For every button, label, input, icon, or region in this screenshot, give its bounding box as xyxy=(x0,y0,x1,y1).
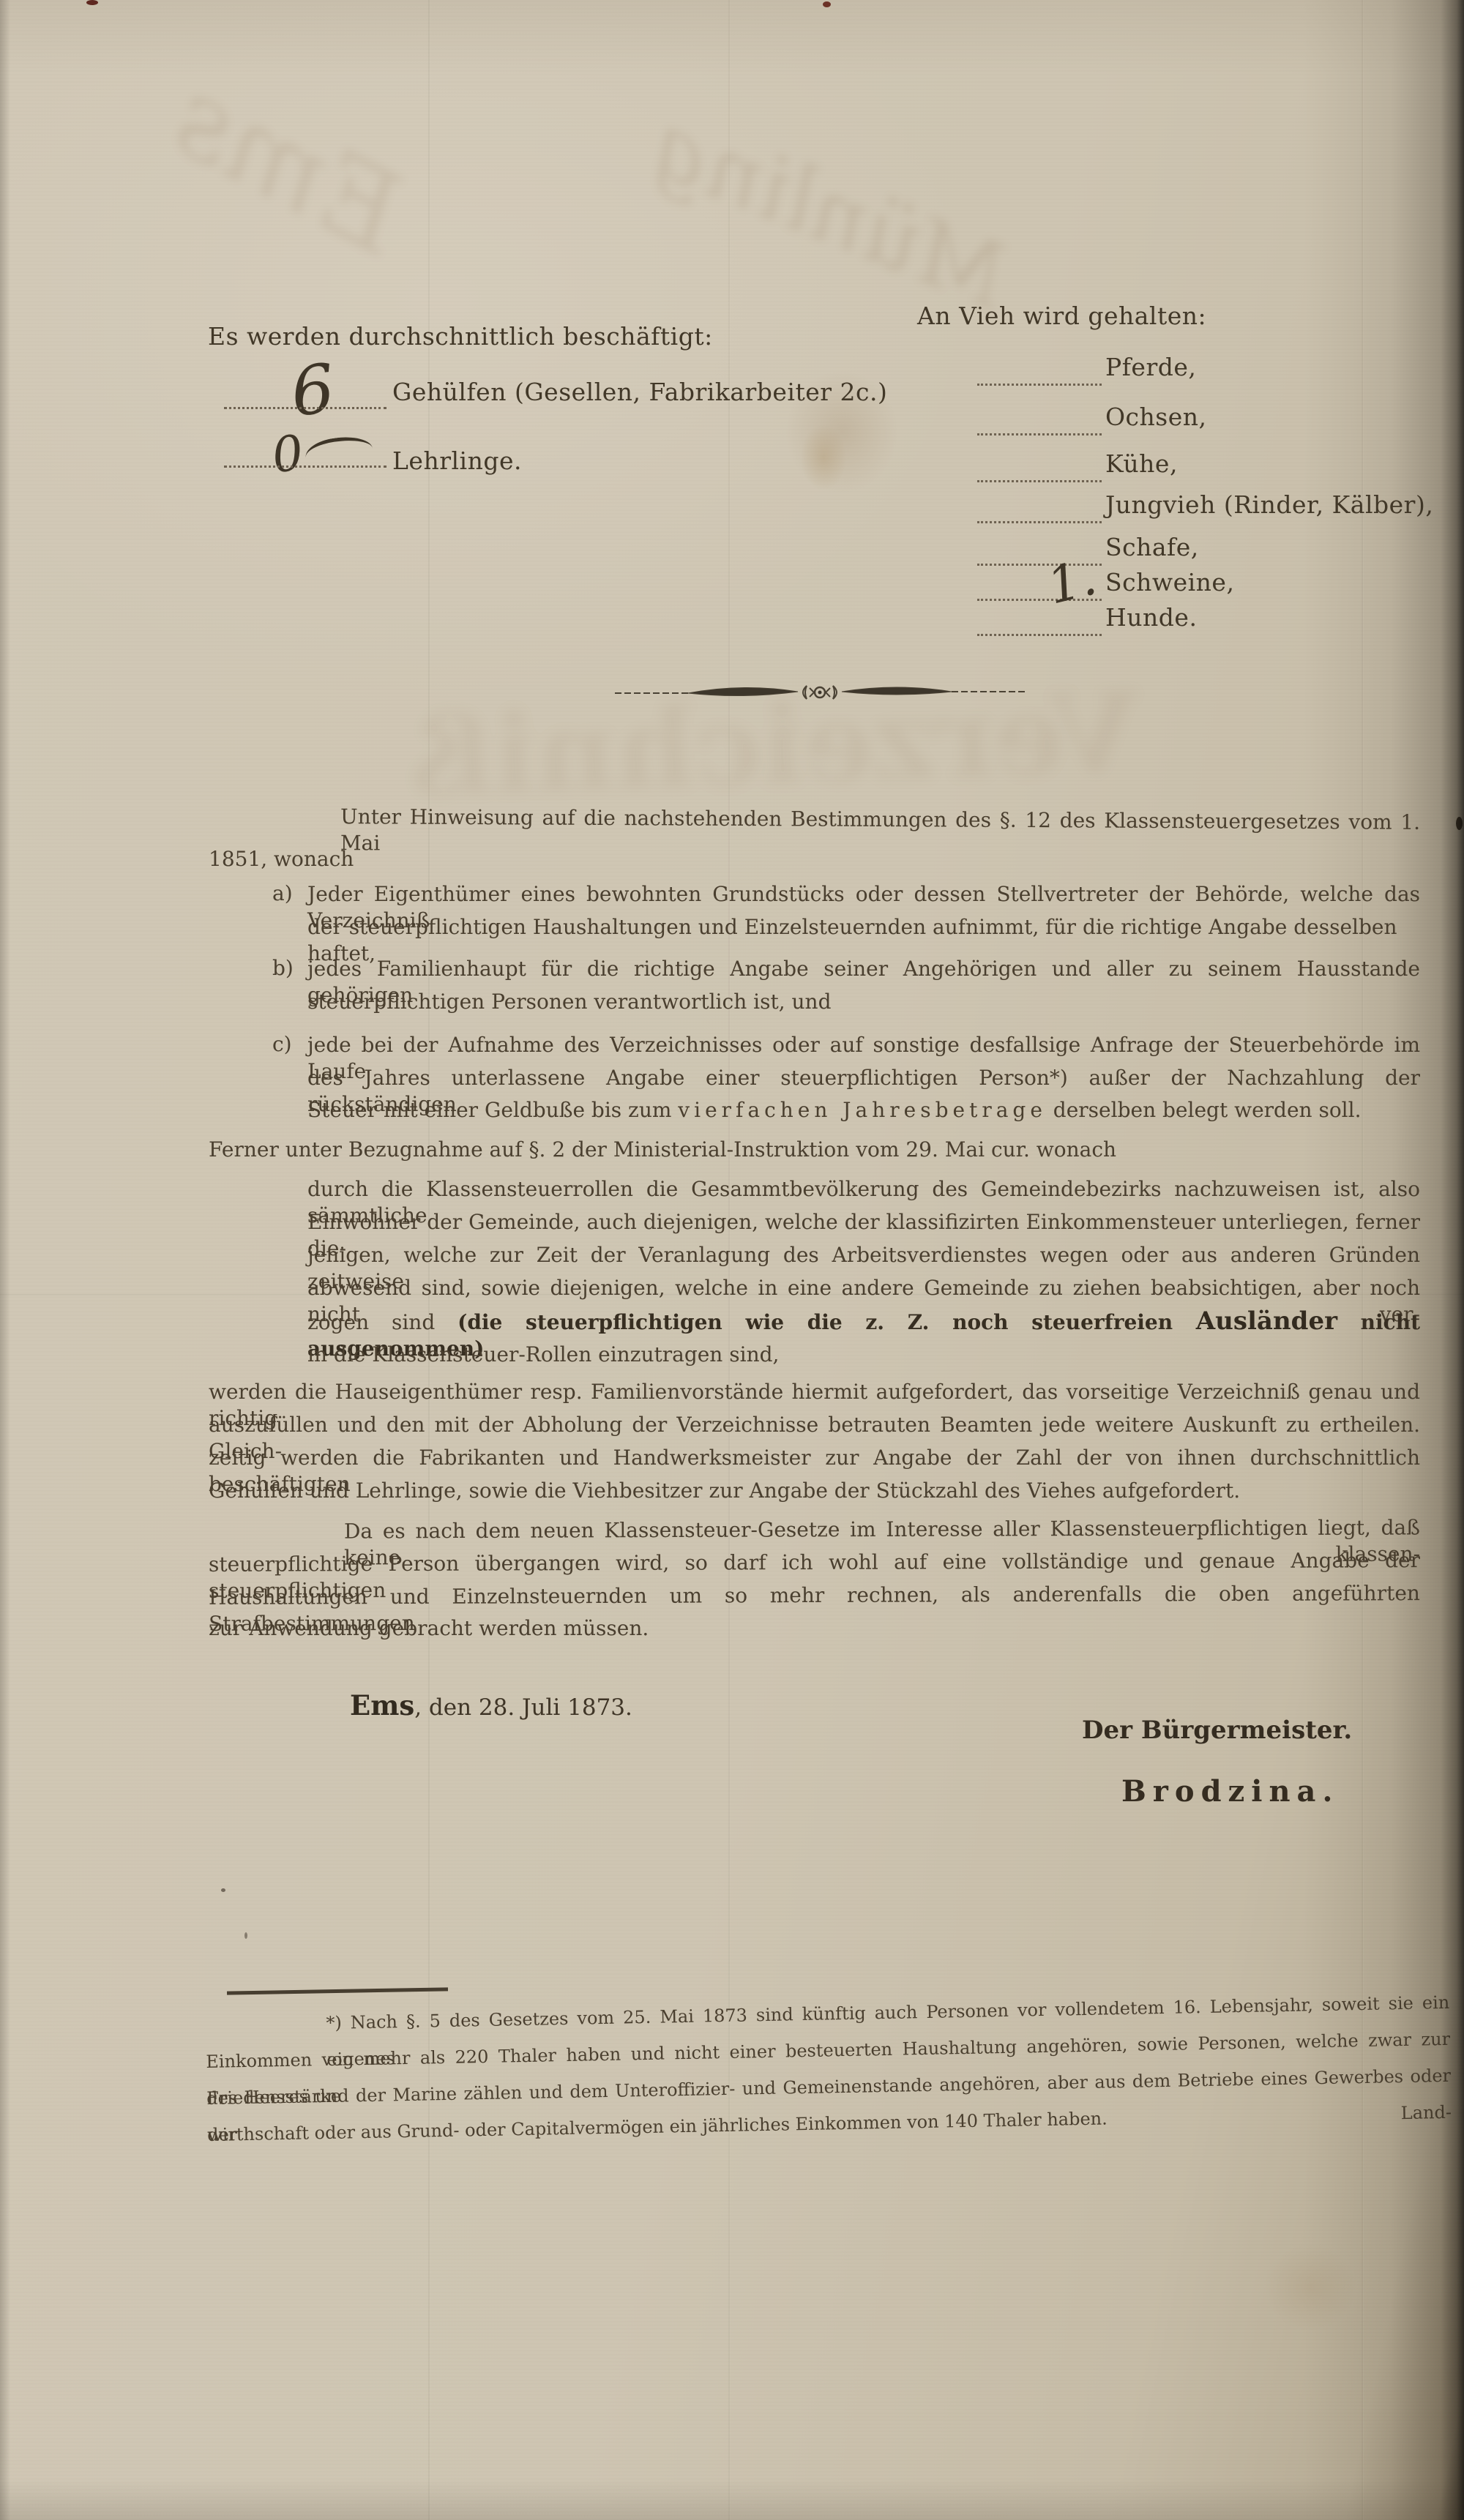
body-line-request: Gehülfen und Lehrlinge, sowie die Viehbe… xyxy=(209,1478,1420,1504)
body-line-intro: 1851, wonach xyxy=(209,846,1420,872)
handwriting-flourish xyxy=(304,433,373,460)
paper-speck xyxy=(244,1932,247,1939)
signature-name: Brodzina. xyxy=(1121,1774,1339,1809)
paper-stain xyxy=(1244,2225,1376,2349)
item-c-text: derselben belegt werden soll. xyxy=(1047,1098,1362,1122)
livestock-label-pigs: Schweine, xyxy=(1105,568,1234,597)
employment-heading: Es werden durchschnittlich beschäftigt: xyxy=(208,322,713,351)
employment-apprentices-value-handwritten: 0 xyxy=(269,424,307,484)
paper-speck xyxy=(221,1888,225,1892)
paper-stain xyxy=(791,410,856,505)
body-line-item-b: steuerpflichtigen Personen verantwortlic… xyxy=(307,989,1420,1015)
scanned-document-page: Ems Münling Verzeichniß Es werden durchs… xyxy=(0,0,1464,2520)
clause-emphasized-word: Ausländer xyxy=(1196,1306,1337,1336)
footnote-rule xyxy=(227,1987,448,1994)
employment-apprentices-label: Lehrlinge. xyxy=(392,446,522,475)
clause-regular-text: zogen sind xyxy=(307,1310,457,1334)
employment-apprentices-dotted-line xyxy=(224,466,386,468)
livestock-label-young-cattle: Jungvieh (Rinder, Kälber), xyxy=(1105,490,1433,519)
livestock-dotted-line xyxy=(977,480,1102,482)
employment-helpers-dotted-line xyxy=(224,407,386,409)
livestock-dotted-line xyxy=(977,521,1102,523)
clause-bold-text: (die steuerpflichtigen wie die z. Z. noc… xyxy=(457,1310,1196,1334)
list-item-marker-b: b) xyxy=(272,956,294,980)
livestock-dogs-value-handwritten: 1. xyxy=(1042,548,1102,616)
body-line-ferner: Ferner unter Bezugnahme auf §. 2 der Min… xyxy=(209,1137,1420,1163)
item-c-letterspaced-text: vierfachen Jahresbetrage xyxy=(678,1098,1047,1122)
place-name: Ems xyxy=(350,1689,414,1721)
livestock-label-dogs: Hunde. xyxy=(1105,603,1197,632)
signoff-title: Der Bürgermeister. xyxy=(1082,1716,1352,1745)
livestock-dotted-line xyxy=(977,634,1102,636)
livestock-dotted-line xyxy=(977,433,1102,435)
place-date-line: Ems, den 28. Juli 1873. xyxy=(350,1689,632,1721)
livestock-heading: An Vieh wird gehalten: xyxy=(917,302,1206,330)
livestock-label-sheep: Schafe, xyxy=(1105,533,1199,561)
section-divider-ornament xyxy=(615,678,1025,707)
body-line-indented: in die Klassensteuer-Rollen einzutragen … xyxy=(307,1342,1420,1368)
edge-speck xyxy=(86,0,98,5)
edge-speck xyxy=(1456,817,1463,830)
employment-helpers-label: Gehülfen (Gesellen, Fabrikarbeiter 2c.) xyxy=(392,378,887,406)
footnote-block: *) Nach §. 5 des Gesetzes vom 25. Mai 18… xyxy=(205,1984,1452,2153)
employment-helpers-value-handwritten: 6 xyxy=(288,349,338,432)
body-line-item-c: Steuer mit einer Geldbuße bis zum vierfa… xyxy=(307,1097,1420,1123)
body-line-closing-para: zur Anwendung gebracht werden müssen. xyxy=(209,1615,1420,1642)
livestock-label-cows: Kühe, xyxy=(1105,449,1178,478)
date-text: , den 28. Juli 1873. xyxy=(414,1694,632,1721)
livestock-dotted-line xyxy=(977,384,1102,386)
bleedthrough-script-left: Ems xyxy=(152,53,425,279)
edge-speck xyxy=(823,1,831,7)
list-item-marker-c: c) xyxy=(272,1032,292,1056)
bleedthrough-script-right: Münling xyxy=(638,95,1021,329)
item-c-text: Steuer mit einer Geldbuße bis zum xyxy=(307,1098,678,1122)
paper-stain xyxy=(761,344,922,520)
list-item-marker-a: a) xyxy=(272,881,293,905)
livestock-label-horses: Pferde, xyxy=(1105,353,1196,381)
livestock-label-oxen: Ochsen, xyxy=(1105,403,1207,431)
